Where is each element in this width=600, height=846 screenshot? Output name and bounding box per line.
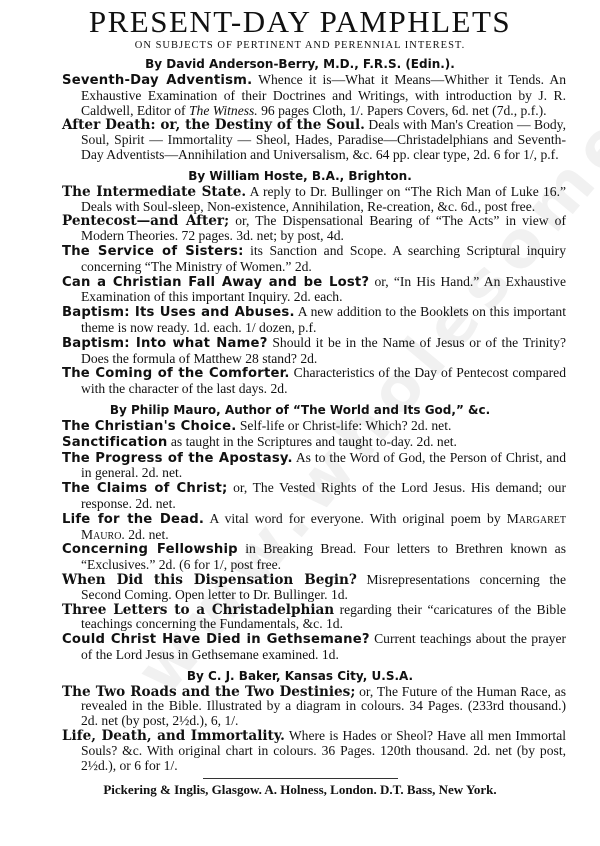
- publication-name: The Witness.: [189, 103, 258, 118]
- pamphlet-title: Sanctification: [62, 435, 167, 450]
- pamphlet-title: Life for the Dead.: [62, 512, 204, 527]
- pamphlet-description: A vital word for everyone. With original…: [204, 511, 507, 526]
- pamphlet-entry: Three Letters to a Christadelphian regar…: [62, 603, 566, 633]
- author-heading: By C. J. Baker, Kansas City, U.S.A.: [0, 667, 600, 685]
- pamphlet-price: 2d. net.: [125, 527, 169, 542]
- pamphlet-title: Could Christ Have Died in Gethsemane?: [62, 632, 370, 647]
- pamphlet-title: Three Letters to a Christadelphian: [62, 602, 334, 618]
- page-subtitle: On subjects of pertinent and perennial i…: [0, 38, 600, 54]
- pamphlet-entry: Baptism: Its Uses and Abuses. A new addi…: [62, 305, 566, 336]
- pamphlet-entry: The Claims of Christ; or, The Vested Rig…: [62, 481, 566, 512]
- pamphlet-entry: Pentecost—and After; or, The Dispensatio…: [62, 214, 566, 244]
- pamphlet-title: The Coming of the Comforter.: [62, 366, 290, 381]
- divider-rule: [203, 778, 398, 779]
- pamphlet-description: Self-life or Christ-life: Which? 2d. net…: [236, 418, 451, 433]
- section-entries: The Christian's Choice. Self-life or Chr…: [62, 419, 566, 663]
- pamphlet-title: The Two Roads and the Two Destinies;: [62, 684, 355, 700]
- pamphlet-title: Concerning Fellowship: [62, 542, 238, 557]
- pamphlet-title: Baptism: Into what Name?: [62, 336, 268, 351]
- pamphlet-title: After Death: or, the Destiny of the Soul…: [62, 117, 365, 133]
- author-heading: By William Hoste, B.A., Brighton.: [0, 167, 600, 185]
- author-heading: By Philip Mauro, Author of “The World an…: [0, 401, 600, 419]
- pamphlet-title: When Did this Dispensation Begin?: [62, 572, 357, 588]
- pamphlet-entry: Life, Death, and Immortality. Where is H…: [62, 729, 566, 773]
- pamphlet-entry: When Did this Dispensation Begin? Misrep…: [62, 573, 566, 603]
- pamphlet-entry: The Progress of the Apostasy. As to the …: [62, 451, 566, 482]
- pamphlet-advertisement: PRESENT-DAY PAMPHLETS On subjects of per…: [0, 0, 600, 799]
- pamphlet-title: Baptism: Its Uses and Abuses.: [62, 305, 295, 320]
- publisher-footer: Pickering & Inglis, Glasgow. A. Holness,…: [0, 781, 600, 799]
- pamphlet-price: 96 pages Cloth, 1/. Papers Covers, 6d. n…: [258, 103, 547, 118]
- pamphlet-title: The Intermediate State.: [62, 184, 246, 200]
- pamphlet-description: as taught in the Scriptures and taught t…: [167, 434, 456, 449]
- pamphlet-entry: After Death: or, the Destiny of the Soul…: [62, 118, 566, 162]
- pamphlet-entry: The Christian's Choice. Self-life or Chr…: [62, 419, 566, 435]
- pamphlet-entry: Could Christ Have Died in Gethsemane? Cu…: [62, 632, 566, 663]
- section-entries: Seventh-Day Adventism. Whence it is—What…: [62, 73, 566, 163]
- pamphlet-entry: Can a Christian Fall Away and be Lost? o…: [62, 275, 566, 306]
- section-entries: The Intermediate State. A reply to Dr. B…: [62, 185, 566, 397]
- pamphlet-entry: Life for the Dead. A vital word for ever…: [62, 512, 566, 543]
- page-title: PRESENT-DAY PAMPHLETS: [0, 6, 600, 38]
- pamphlet-entry: The Service of Sisters: its Sanction and…: [62, 244, 566, 275]
- pamphlet-entry: The Intermediate State. A reply to Dr. B…: [62, 185, 566, 215]
- pamphlet-title: Pentecost—and After;: [62, 213, 229, 229]
- pamphlet-title: The Christian's Choice.: [62, 419, 236, 434]
- pamphlet-entry: Baptism: Into what Name? Should it be in…: [62, 336, 566, 367]
- pamphlet-entry: Concerning Fellowship in Breaking Bread.…: [62, 542, 566, 573]
- pamphlet-title: Can a Christian Fall Away and be Lost?: [62, 275, 369, 290]
- pamphlet-title: The Claims of Christ;: [62, 481, 227, 496]
- author-heading: By David Anderson-Berry, M.D., F.R.S. (E…: [0, 55, 600, 73]
- pamphlet-entry: Seventh-Day Adventism. Whence it is—What…: [62, 73, 566, 118]
- pamphlet-entry: Sanctification as taught in the Scriptur…: [62, 435, 566, 451]
- pamphlet-entry: The Two Roads and the Two Destinies; or,…: [62, 685, 566, 729]
- section-entries: The Two Roads and the Two Destinies; or,…: [62, 685, 566, 774]
- pamphlet-entry: The Coming of the Comforter. Characteris…: [62, 366, 566, 397]
- pamphlet-title: The Service of Sisters:: [62, 244, 244, 259]
- pamphlet-title: The Progress of the Apostasy.: [62, 451, 293, 466]
- pamphlet-title: Life, Death, and Immortality.: [62, 728, 285, 744]
- pamphlet-title: Seventh-Day Adventism.: [62, 73, 252, 88]
